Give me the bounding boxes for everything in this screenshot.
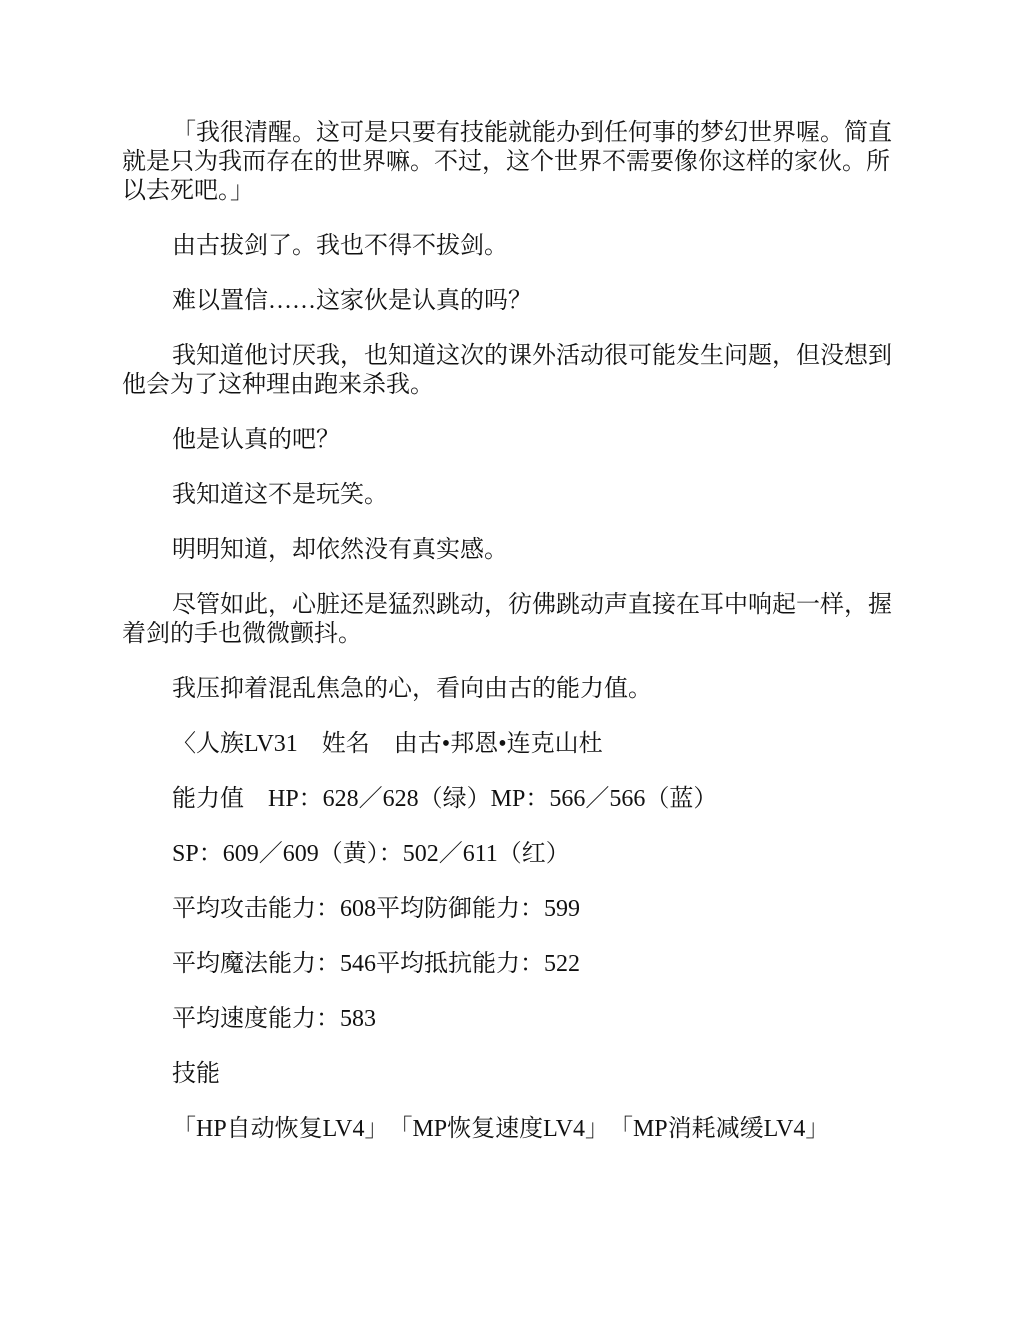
paragraph: 我知道这不是玩笑。 [122,481,902,510]
status-line: SP：609／609（黄）：502／611（红） [122,840,902,869]
status-line: 〈人族LV31 姓名 由古•邦恩•连克山杜 [122,730,902,759]
paragraph: 明明知道，却依然没有真实感。 [122,536,902,565]
skills-list: 「HP自动恢复LV4」 「MP恢复速度LV4」 「MP消耗减缓LV4」 [122,1115,902,1144]
status-line: 平均速度能力：583 [122,1005,902,1034]
status-line: 能力值 HP：628／628（绿）MP：566／566（蓝） [122,785,902,814]
status-line: 平均攻击能力：608平均防御能力：599 [122,895,902,924]
paragraph: 难以置信……这家伙是认真的吗？ [122,287,902,316]
paragraph: 他是认真的吧？ [122,426,902,455]
paragraph: 我知道他讨厌我，也知道这次的课外活动很可能发生问题，但没想到他会为了这种理由跑来… [122,342,902,400]
status-line: 平均魔法能力：546平均抵抗能力：522 [122,950,902,979]
paragraph: 「我很清醒。这可是只要有技能就能办到任何事的梦幻世界喔。简直就是只为我而存在的世… [122,119,902,206]
paragraph: 我压抑着混乱焦急的心，看向由古的能力值。 [122,675,902,704]
paragraph: 尽管如此，心脏还是猛烈跳动，彷佛跳动声直接在耳中响起一样，握着剑的手也微微颤抖。 [122,591,902,649]
document-page: 「我很清醒。这可是只要有技能就能办到任何事的梦幻世界喔。简直就是只为我而存在的世… [122,119,902,1170]
skills-heading: 技能 [122,1060,902,1089]
paragraph: 由古拔剑了。我也不得不拔剑。 [122,232,902,261]
